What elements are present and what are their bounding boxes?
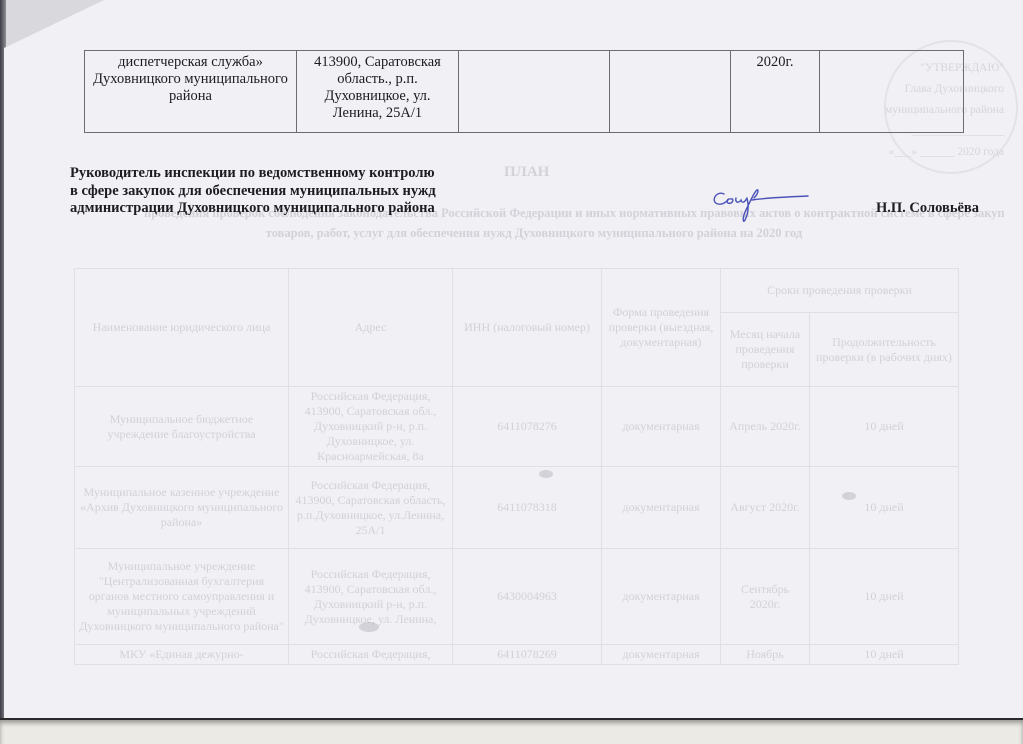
ghost-cell: документарная [602,467,721,549]
signatory-title-line: Руководитель инспекции по ведомственному… [70,165,436,183]
document-page: "УТВЕРЖДАЮ" Глава Духовницкого муниципал… [4,0,1023,718]
signatory-block: Руководитель инспекции по ведомственному… [70,165,436,218]
ghost-cell: 10 дней [810,549,959,645]
ghost-cell: 6411078276 [453,387,602,467]
ghost-cell: 10 дней [810,467,959,549]
cell-start-month: 2020г. [731,51,820,133]
ghost-cell: Муниципальное бюджетное учреждение благо… [75,387,289,467]
cell-form [610,51,731,133]
ghost-table-row: МКУ «Единая дежурно- Российская Федераци… [75,645,959,665]
scan-speck [359,622,379,632]
ghost-table-row: Муниципальное казенное учреждение «Архив… [75,467,959,549]
ghost-cell: Апрель 2020г. [721,387,810,467]
ghost-approval-line: «___» ______ 2020 года [864,142,1004,163]
ghost-title: ПЛАН [504,165,549,180]
ghost-cell: Август 2020г. [721,467,810,549]
ghost-cell: 6411078269 [453,645,602,665]
signer-name: Н.П. Соловьёва [876,200,979,217]
ghost-cell: 10 дней [810,645,959,665]
signatory-title-line: в сфере закупок для обеспечения муниципа… [70,183,436,201]
folded-corner [4,0,114,52]
ghost-cell: 6430004963 [453,549,602,645]
ghost-cell: Муниципальное казенное учреждение «Архив… [75,467,289,549]
ghost-table-row: Муниципальное бюджетное учреждение благо… [75,387,959,467]
handwritten-signature [704,180,814,230]
cell-address: 413900, Саратовская область., р.п. Духов… [297,51,459,133]
ghost-cell: Ноябрь [721,645,810,665]
ghost-cell: документарная [602,387,721,467]
ghost-cell: Российская Федерация, [289,645,453,665]
scan-speck [842,492,856,500]
ghost-plan-table: Наименование юридического лица Адрес ИНН… [74,268,959,665]
cell-duration [820,51,964,133]
ghost-cell: Сентябрь 2020г. [721,549,810,645]
ghost-header-start-month: Месяц начала проведения проверки [721,313,810,387]
ghost-cell: Российская Федерация, 413900, Саратовска… [289,467,453,549]
signatory-title-line: администрации Духовницкого муниципальног… [70,200,436,218]
ghost-header-duration: Продолжительность проверки (в рабочих дн… [810,313,959,387]
table-row: диспетчерская служба» Духовницкого муниц… [85,51,964,133]
ghost-header-terms: Сроки проведения проверки [721,269,959,313]
ghost-header-inn: ИНН (налоговый номер) [453,269,602,387]
ghost-cell: документарная [602,549,721,645]
scan-speck [539,470,553,478]
ghost-header-form: Форма проведения проверки (выездная, док… [602,269,721,387]
ghost-cell: Российская Федерация, 413900, Саратовска… [289,387,453,467]
ghost-cell: МКУ «Единая дежурно- [75,645,289,665]
cell-inn [459,51,610,133]
cell-organization-name: диспетчерская служба» Духовницкого муниц… [85,51,297,133]
ghost-cell: документарная [602,645,721,665]
ghost-table-row: Муниципальное учреждение "Централизованн… [75,549,959,645]
ghost-subtitle: товаров, работ, услуг для обеспечения ну… [104,226,964,241]
ghost-header-address: Адрес [289,269,453,387]
plan-table-fragment: диспетчерская служба» Духовницкого муниц… [84,50,964,133]
ghost-header-name: Наименование юридического лица [75,269,289,387]
ghost-cell: 10 дней [810,387,959,467]
scanner-bottom-edge [0,718,1023,744]
ghost-cell: Муниципальное учреждение "Централизованн… [75,549,289,645]
ghost-cell: 6411078318 [453,467,602,549]
